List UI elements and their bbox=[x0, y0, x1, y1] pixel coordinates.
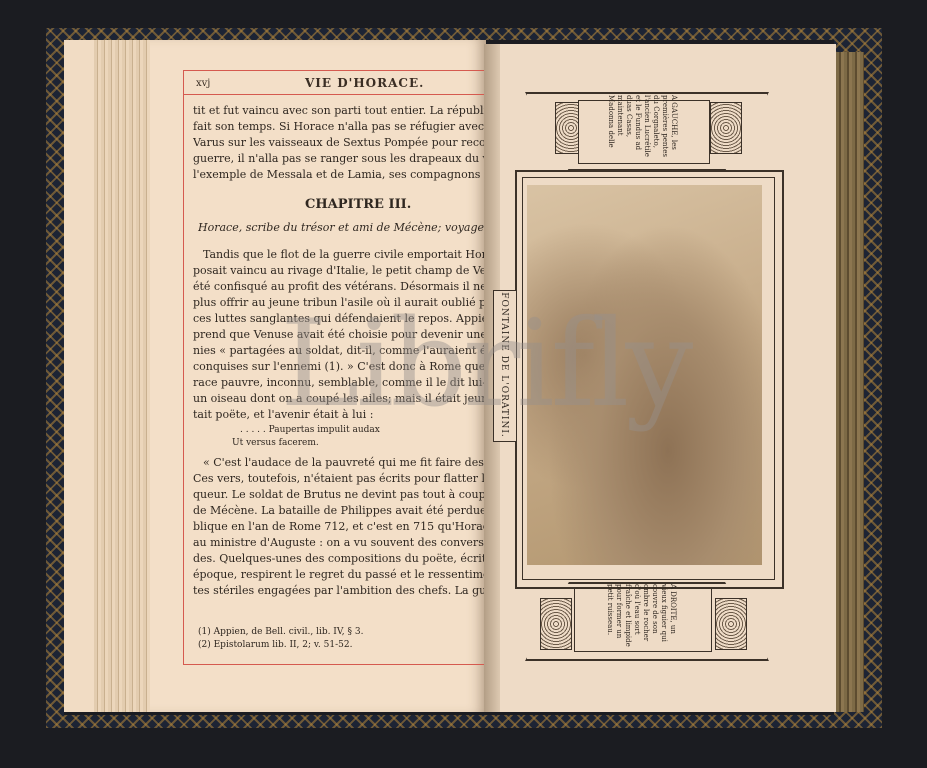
text-line: Tandis que le flot de la guerre civile e… bbox=[203, 247, 503, 263]
text-line: blique en l'an de Rome 712, et c'est en … bbox=[193, 519, 493, 535]
text-line: été confisqué au profit des vétérans. Dé… bbox=[193, 279, 493, 295]
text-line: conquises sur l'ennemi (1). » C'est donc… bbox=[193, 359, 493, 375]
text-line: race pauvre, inconnu, semblable, comme i… bbox=[193, 375, 493, 391]
text-line: tes stériles engagées par l'ambition des… bbox=[193, 583, 493, 599]
text-line: tait poëte, et l'avenir était à lui : bbox=[193, 407, 493, 423]
scroll-ornament-icon bbox=[540, 598, 572, 650]
scroll-ornament-icon bbox=[715, 598, 747, 650]
scroll-ornament-icon bbox=[710, 102, 742, 154]
text-line: plus offrir au jeune tribun l'asile où i… bbox=[193, 295, 493, 311]
running-head: VIE D'HORACE. bbox=[305, 76, 424, 90]
landscape-photograph bbox=[527, 185, 762, 565]
text-line: époque, respirent le regret du passé et … bbox=[193, 567, 493, 583]
text-line: des. Quelques-unes des compositions du p… bbox=[193, 551, 493, 567]
text-line: l'exemple de Messala et de Lamia, ses co… bbox=[193, 167, 493, 183]
footnote: (1) Appien, de Bell. civil., lib. IV, § … bbox=[198, 626, 363, 639]
text-line: tit et fut vaincu avec son parti tout en… bbox=[193, 103, 493, 119]
chapter-subtitle: Horace, scribe du trésor et ami de Mécèn… bbox=[198, 221, 490, 234]
footnote: (2) Epistolarum lib. II, 2; v. 51-52. bbox=[198, 639, 363, 652]
text-line: de Mécène. La bataille de Philippes avai… bbox=[193, 503, 493, 519]
caption-right-side: A DROITE, un vieux figuier qui couvre de… bbox=[607, 584, 677, 654]
page-edges bbox=[94, 40, 150, 712]
text-line: fait son temps. Si Horace n'alla pas se … bbox=[193, 119, 493, 135]
page-number: xvj bbox=[196, 78, 210, 89]
header-rule bbox=[183, 94, 493, 95]
text-line: Varus sur les vaisseaux de Sextus Pompée… bbox=[193, 135, 493, 151]
text-line: guerre, il n'alla pas se ranger sous les… bbox=[193, 151, 493, 167]
text-line: nies « partagées au soldat, dit-il, comm… bbox=[193, 343, 493, 359]
gilt-page-edge bbox=[836, 52, 864, 712]
text-line: Ces vers, toutefois, n'étaient pas écrit… bbox=[193, 471, 493, 487]
plate-title: FONTAINE DE L'ORATINI. bbox=[499, 292, 509, 437]
caption-left-side: A GAUCHE, les premières pentes du Corgna… bbox=[608, 95, 678, 165]
chapter-title: CHAPITRE III. bbox=[305, 197, 411, 212]
footnotes: (1) Appien, de Bell. civil., lib. IV, § … bbox=[198, 626, 363, 652]
text-line: queur. Le soldat de Brutus ne devint pas… bbox=[193, 487, 493, 503]
text-line: un oiseau dont on a coupé les ailes; mai… bbox=[193, 391, 493, 407]
text-line: « C'est l'audace de la pauvreté qui me f… bbox=[203, 455, 503, 471]
verse-line: . . . . . Paupertas impulit audax bbox=[240, 425, 380, 435]
verse-line: Ut versus facerem. bbox=[232, 438, 319, 448]
text-line: ces luttes sanglantes qui défendaient le… bbox=[193, 311, 493, 327]
text-line: au ministre d'Auguste : on a vu souvent … bbox=[193, 535, 493, 551]
text-line: prend que Venuse avait été choisie pour … bbox=[193, 327, 493, 343]
text-line: posait vaincu au rivage d'Italie, le pet… bbox=[193, 263, 493, 279]
